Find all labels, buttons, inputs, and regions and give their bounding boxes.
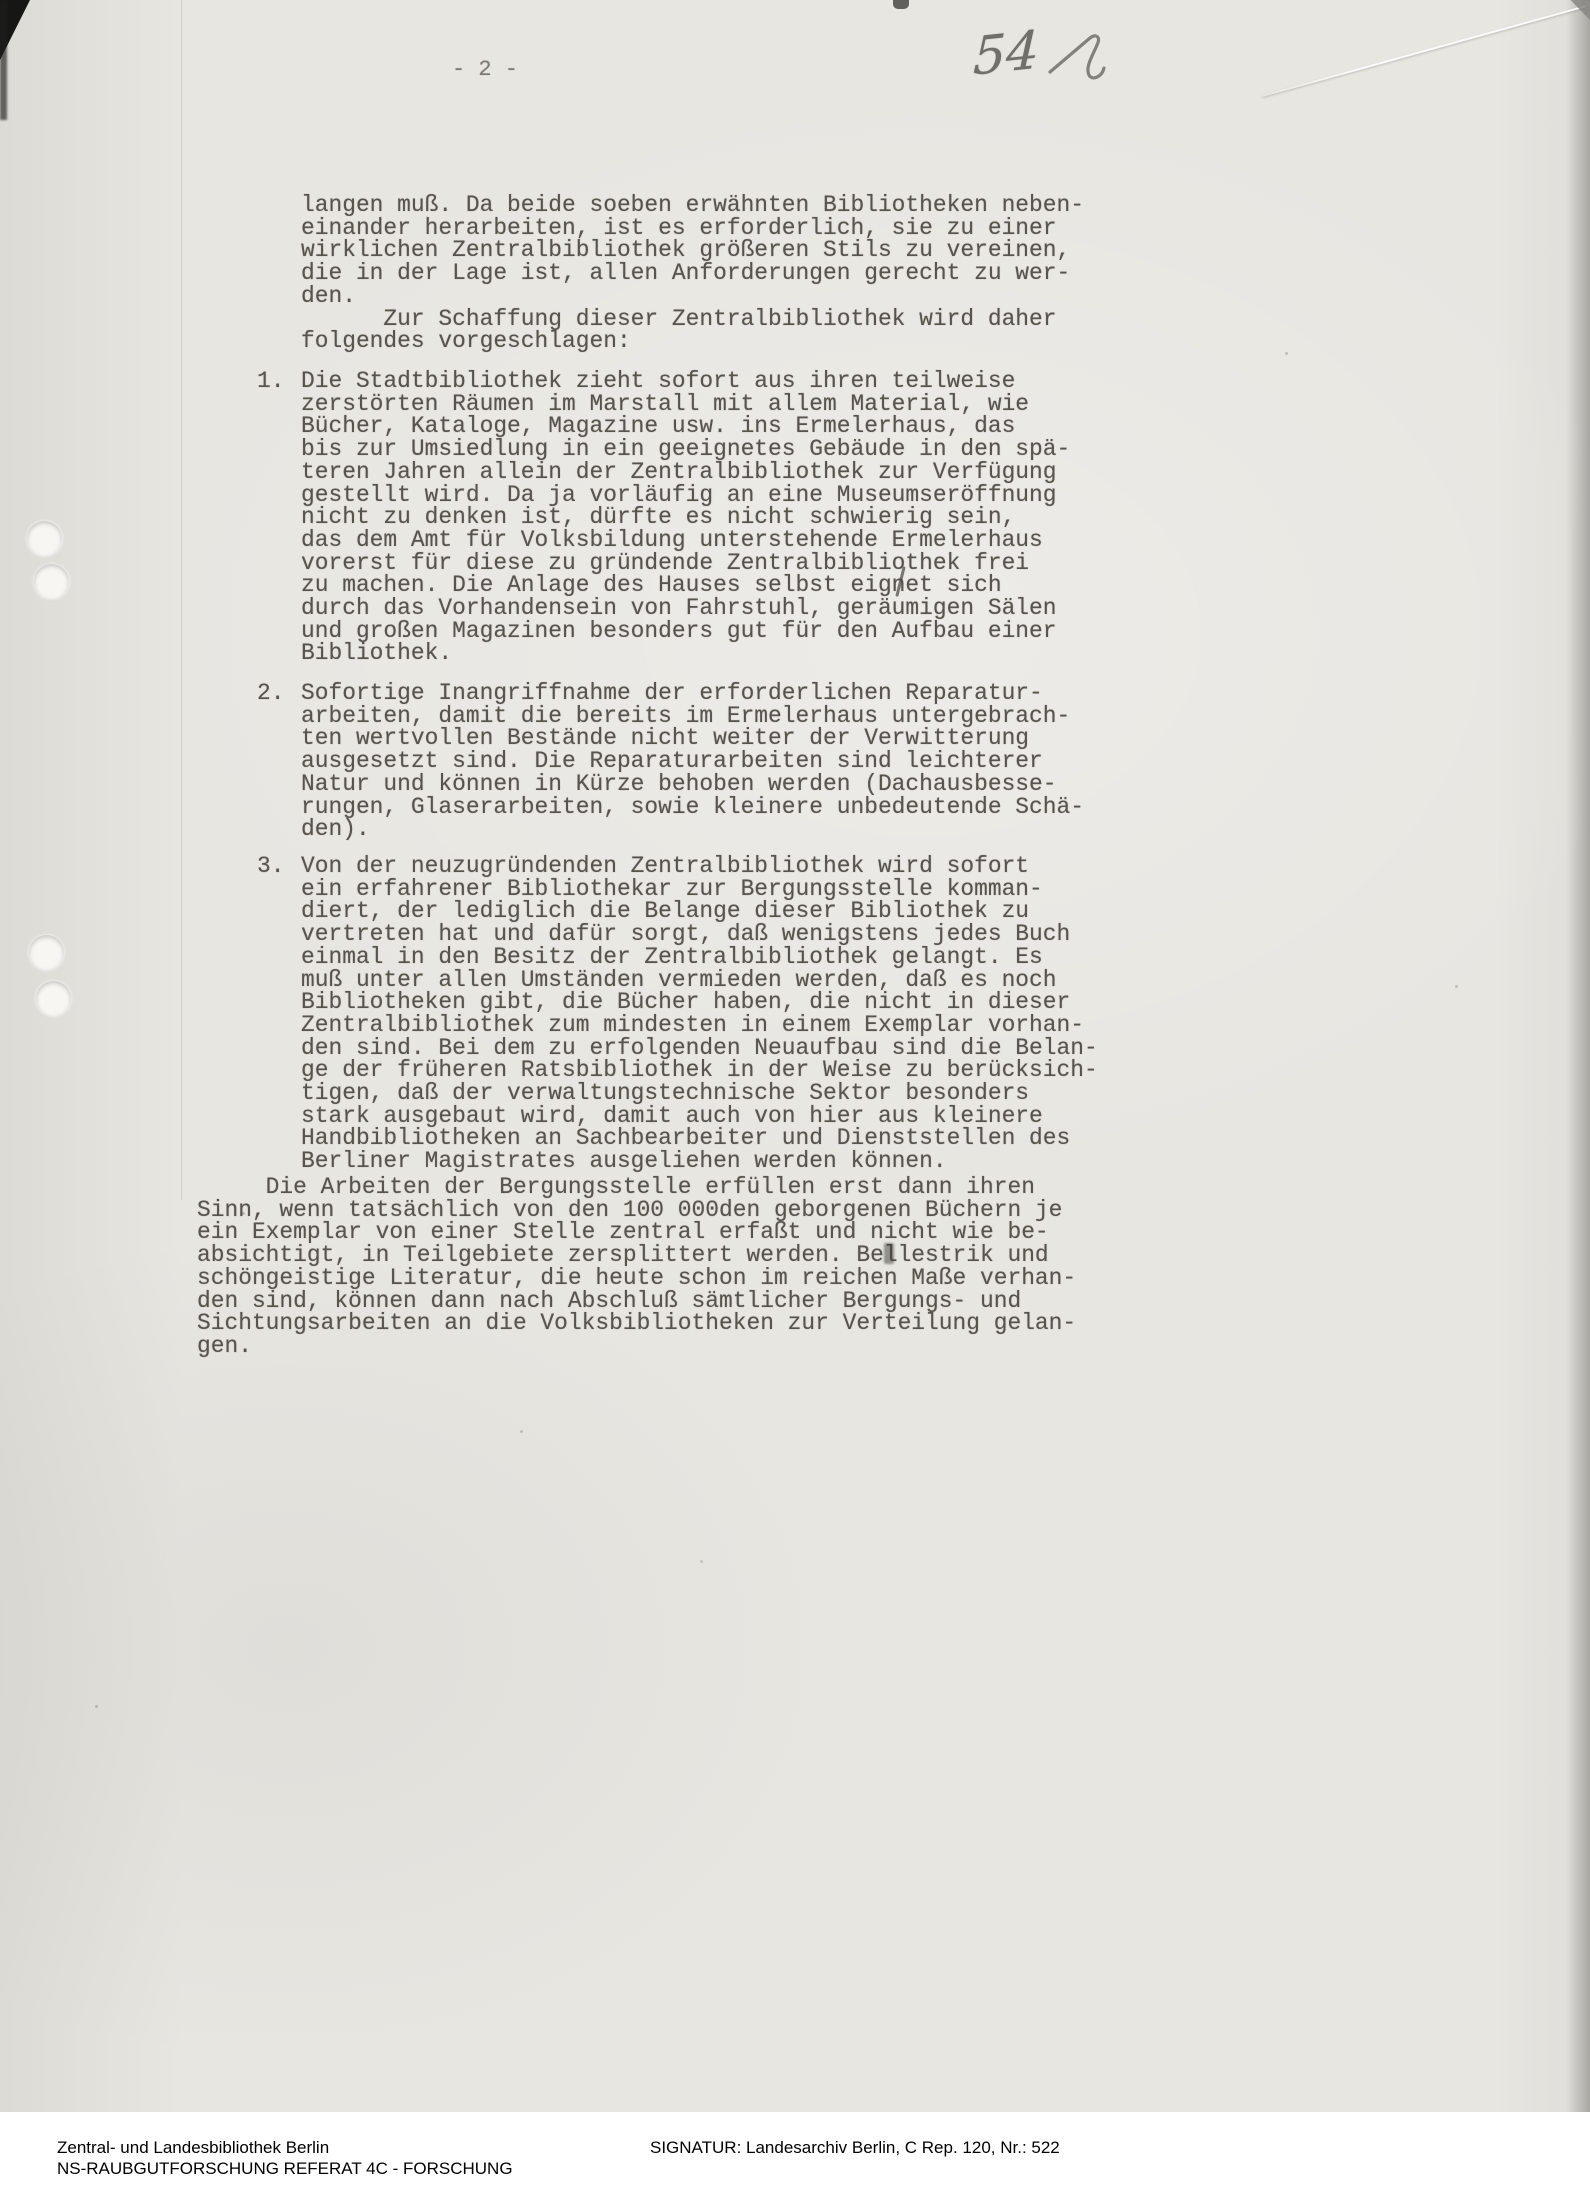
item-3-text: Von der neuzugründenden Zentralbibliothe… bbox=[301, 855, 1098, 1173]
scan-right-edge-shadow bbox=[1566, 0, 1590, 2112]
page-number: - 2 - bbox=[452, 57, 518, 82]
handwritten-archive-number: 54 bbox=[972, 20, 1040, 87]
top-right-crease bbox=[1262, 5, 1586, 97]
ink-smudge bbox=[884, 1243, 894, 1264]
hole-punch bbox=[27, 521, 62, 556]
item-2-text: Sofortige Inangriffnahme der erforderlic… bbox=[301, 682, 1084, 841]
hole-punch bbox=[29, 935, 64, 970]
handwritten-paraph-icon bbox=[1046, 26, 1110, 91]
item-1-number: 1. bbox=[257, 370, 284, 393]
footer-signature: SIGNATUR: Landesarchiv Berlin, C Rep. 12… bbox=[650, 2138, 1060, 2158]
top-edge-mark bbox=[893, 0, 909, 9]
top-left-edge-streak bbox=[0, 0, 7, 120]
item-1-text: Die Stadtbibliothek zieht sofort aus ihr… bbox=[301, 370, 1070, 665]
hole-punch bbox=[36, 981, 71, 1016]
hole-punch bbox=[34, 564, 69, 599]
intro-paragraph: langen muß. Da beide soeben erwähnten Bi… bbox=[301, 194, 1084, 353]
item-3-number: 3. bbox=[257, 855, 284, 878]
footer-institution: Zentral- und Landesbibliothek Berlin bbox=[57, 2138, 329, 2158]
left-crease-line bbox=[181, 0, 182, 1200]
document-scan: - 2 - 54 langen muß. Da beide soeben erw… bbox=[0, 0, 1590, 2114]
footer-department: NS-RAUBGUTFORSCHUNG REFERAT 4C - FORSCHU… bbox=[57, 2159, 513, 2179]
item-2-number: 2. bbox=[257, 682, 284, 705]
footer-strip: Zentral- und Landesbibliothek Berlin NS-… bbox=[0, 2112, 1590, 2201]
closing-paragraph: Die Arbeiten der Bergungsstelle erfüllen… bbox=[197, 1176, 1076, 1358]
